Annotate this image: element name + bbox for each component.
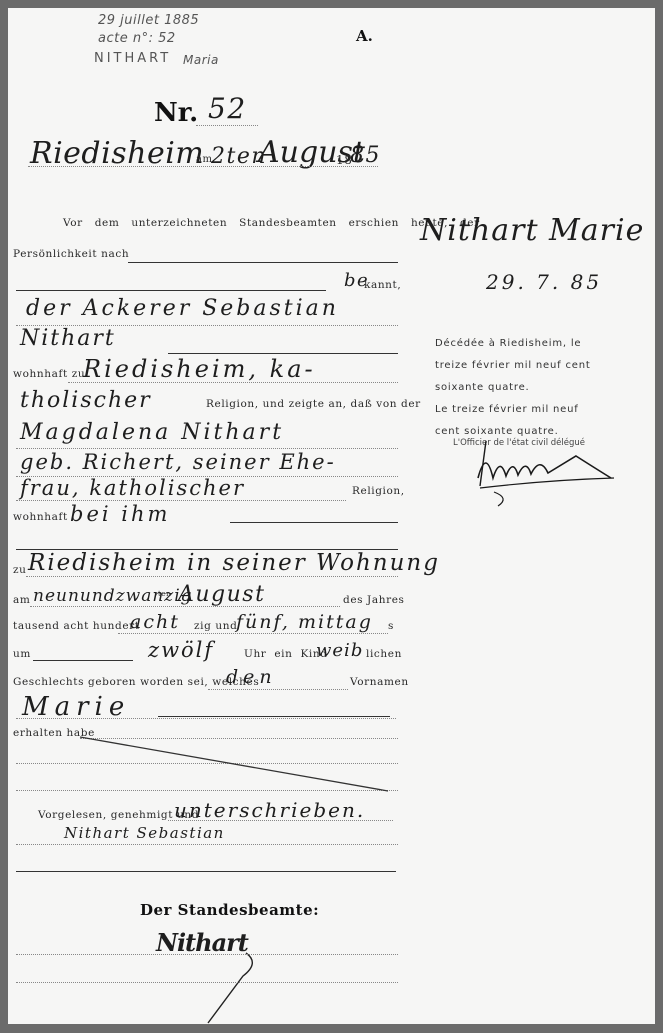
register-page: 29 juillet 1885 acte n°: 52 NITHART Mari… xyxy=(8,8,655,1024)
margin-signature xyxy=(8,8,663,1033)
